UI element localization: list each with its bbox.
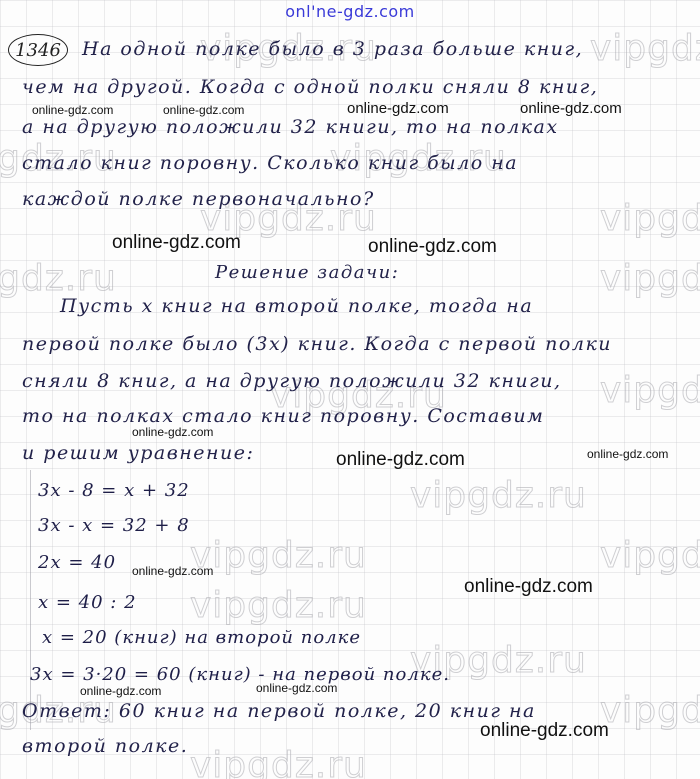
homework-page: vipgdz.ru vipgdz.ru vipgdz.ru vipgdz.ru … (0, 0, 700, 779)
gdz-watermark: online-gdz.com (336, 449, 465, 471)
vipgdz-watermark: vipgdz.ru (600, 370, 700, 411)
gdz-watermark: online-gdz.com (32, 103, 113, 117)
gdz-watermark: online-gdz.com (520, 100, 622, 117)
vipgdz-watermark: vipgdz.ru (190, 535, 367, 576)
problem-line: На одной полке было в 3 раза больше книг… (82, 38, 583, 60)
problem-line: чем на другой. Когда с одной полки сняли… (22, 76, 598, 98)
vipgdz-watermark: vipgdz.ru (590, 28, 700, 69)
vipgdz-watermark: vipgdz.ru (410, 475, 587, 516)
equation-line: 3x - 8 = x + 32 (38, 480, 190, 501)
vipgdz-watermark: vipgdz.ru (0, 258, 117, 299)
vipgdz-watermark: vipgdz.ru (190, 745, 367, 779)
solution-line: первой полке было (3x) книг. Когда с пер… (22, 333, 612, 355)
vipgdz-watermark: vipgdz.ru (600, 535, 700, 576)
equation-line: x = 20 (книг) на второй полке (42, 627, 361, 648)
vipgdz-watermark: vipgdz.ru (600, 198, 700, 239)
gdz-watermark: online-gdz.com (132, 425, 213, 439)
vipgdz-watermark: vipgdz.ru (600, 690, 700, 731)
gdz-watermark: online-gdz.com (112, 232, 241, 254)
gdz-watermark: online-gdz.com (368, 236, 497, 258)
solution-line: Пусть x книг на второй полке, тогда на (60, 295, 533, 317)
answer-line: второй полке. (22, 735, 188, 757)
gdz-watermark: online-gdz.com (347, 100, 449, 117)
answer-line: Ответ: 60 книг на первой полке, 20 книг … (22, 700, 536, 722)
problem-line: а на другую положили 32 книги, то на пол… (22, 116, 559, 138)
equation-line: 3x - x = 32 + 8 (38, 515, 190, 536)
problem-line: каждой полке первоначально? (22, 188, 375, 210)
equation-line: 2x = 40 (38, 552, 116, 573)
vipgdz-watermark: vipgdz.ru (600, 258, 700, 299)
gdz-watermark: online-gdz.com (163, 103, 244, 117)
vipgdz-watermark: vipgdz.ru (190, 585, 367, 626)
gdz-watermark: online-gdz.com (480, 720, 609, 742)
problem-number: 1346 (8, 34, 68, 66)
margin-line (30, 470, 31, 730)
gdz-watermark: online-gdz.com (587, 447, 668, 461)
gdz-watermark: online-gdz.com (256, 681, 337, 695)
solution-line: и решим уравнение: (22, 442, 254, 464)
problem-line: стало книг поровну. Сколько книг было на (22, 152, 518, 174)
equation-line: x = 40 : 2 (38, 592, 137, 613)
site-watermark: onl'ne-gdz.com (0, 2, 700, 21)
equation-line: 3x = 3·20 = 60 (книг) - на первой полке. (30, 664, 450, 685)
problem-number-text: 1346 (15, 40, 61, 61)
solution-line: то на полках стало книг поровну. Состави… (22, 405, 544, 427)
gdz-watermark: online-gdz.com (80, 684, 161, 698)
solution-line: сняли 8 книг, а на другую положили 32 кн… (22, 370, 562, 392)
gdz-watermark: online-gdz.com (464, 576, 593, 598)
solution-heading: Решение задачи: (215, 262, 399, 283)
gdz-watermark: online-gdz.com (132, 564, 213, 578)
